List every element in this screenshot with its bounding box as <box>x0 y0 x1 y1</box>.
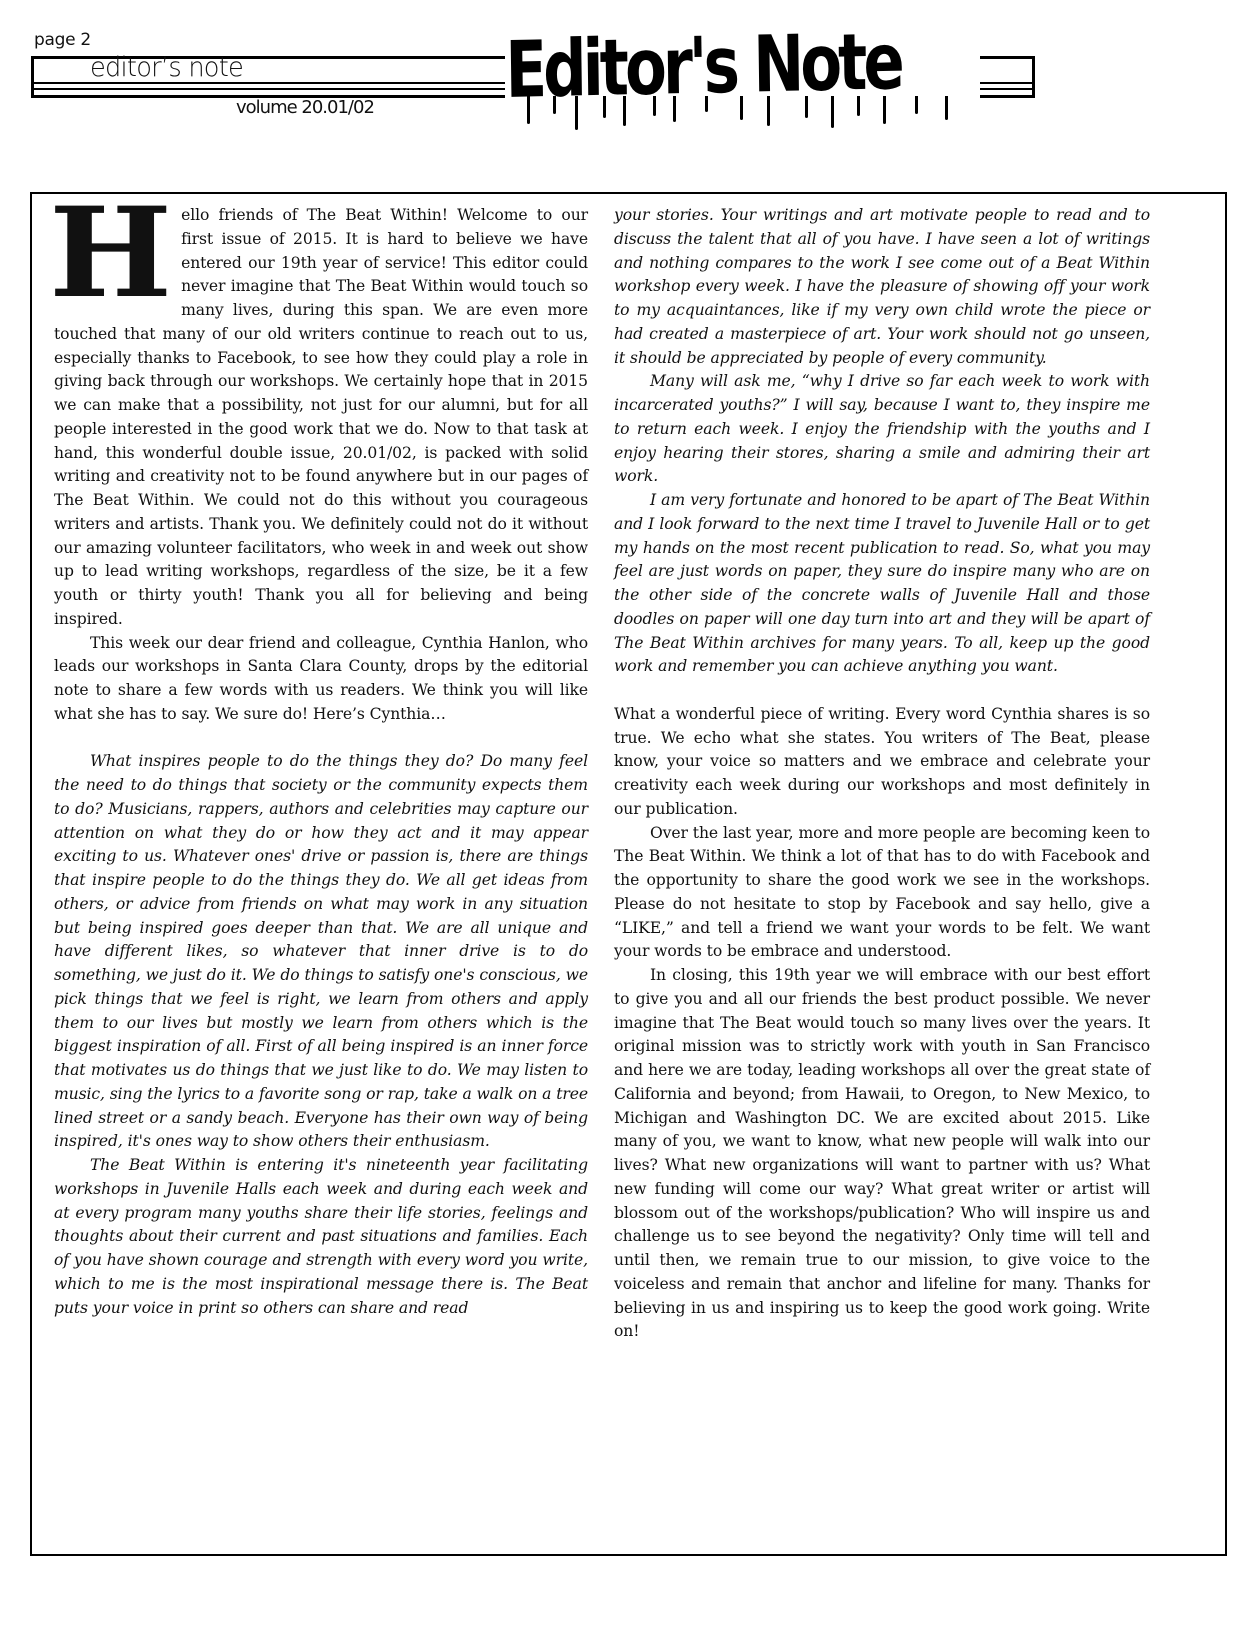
closing-paragraph: In closing, this 19th year we will embra… <box>614 964 1150 1344</box>
volume-label: volume 20.01/02 <box>236 97 374 118</box>
section-label: editor’s note <box>90 52 243 83</box>
article-column-left: Hello friends of The Beat Within! Welcom… <box>54 204 588 1320</box>
article-paragraph: What a wonderful piece of writing. Every… <box>614 703 1150 822</box>
article-frame: Hello friends of The Beat Within! Welcom… <box>30 192 1227 1556</box>
guest-paragraph: The Beat Within is entering it's ninetee… <box>54 1154 588 1320</box>
guest-paragraph: Many will ask me, “why I drive so far ea… <box>614 370 1150 489</box>
page-number: page 2 <box>34 30 91 50</box>
guest-paragraph: your stories. Your writings and art moti… <box>614 204 1150 370</box>
drop-cap: H <box>49 208 172 300</box>
article-column-right: your stories. Your writings and art moti… <box>614 204 1150 1344</box>
article-paragraph: Over the last year, more and more people… <box>614 822 1150 965</box>
graffiti-drips-decoration <box>505 96 980 146</box>
guest-paragraph: What inspires people to do the things th… <box>54 750 588 1154</box>
guest-paragraph: I am very fortunate and honored to be ap… <box>614 489 1150 679</box>
masthead-logo: Editor's Note <box>505 26 980 136</box>
intro-paragraph: Hello friends of The Beat Within! Welcom… <box>54 204 588 632</box>
article-paragraph: This week our dear friend and colleague,… <box>54 632 588 727</box>
